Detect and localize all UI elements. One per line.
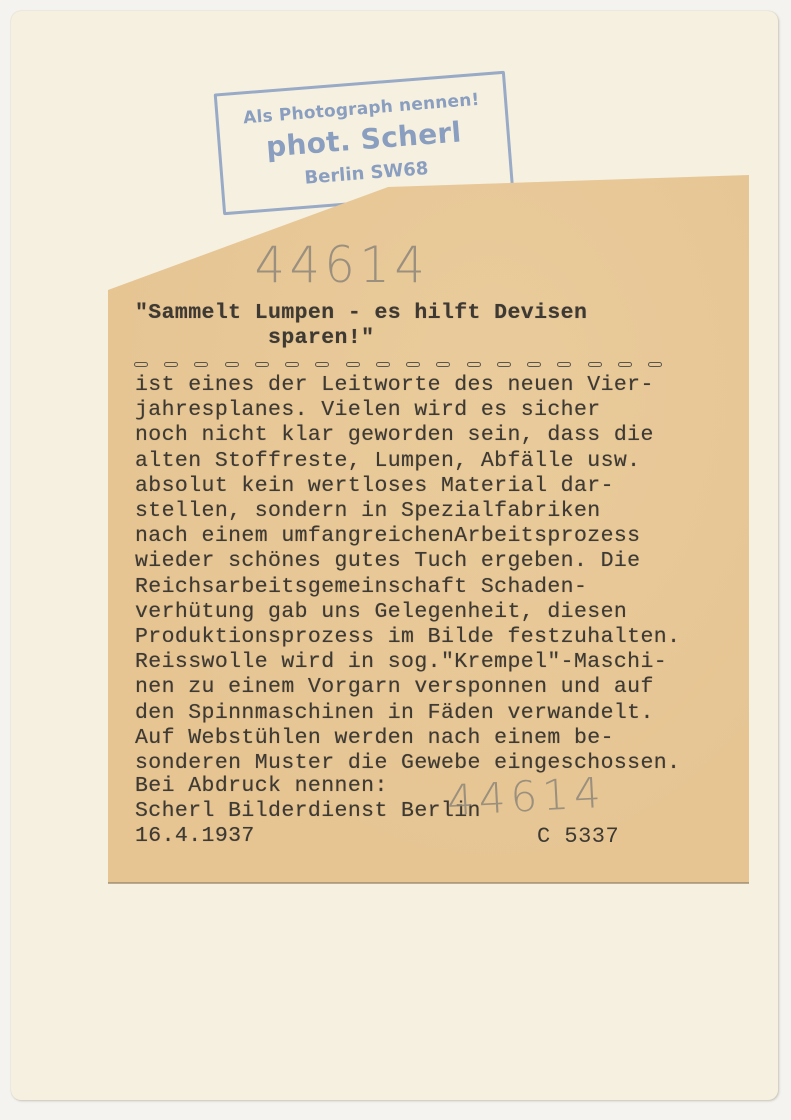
body-line: Reisswolle wird in sog."Krempel"-Maschi-	[135, 650, 680, 675]
body-line: den Spinnmaschinen in Fäden verwandelt.	[135, 701, 680, 726]
body-line: jahresplanes. Vielen wird es sicher	[135, 398, 680, 423]
caption-date: 16.4.1937	[135, 824, 481, 849]
caption-headline: "Sammelt Lumpen - es hilft Devisen spare…	[135, 301, 587, 351]
clipping-bottom-edge	[108, 882, 749, 884]
body-line: noch nicht klar geworden sein, dass die	[135, 423, 680, 448]
archive-code: C 5337	[537, 824, 619, 849]
body-line: nen zu einem Vorgarn versponnen und auf	[135, 675, 680, 700]
credit-instruction: Bei Abdruck nennen:	[135, 774, 481, 799]
body-line: Reichsarbeitsgemeinschaft Schaden-	[135, 575, 680, 600]
caption-body: ist eines der Leitworte des neuen Vier-j…	[135, 373, 680, 776]
pencil-archive-number-bottom: 44614	[446, 768, 607, 825]
body-line: absolut kein wertloses Material dar-	[135, 474, 680, 499]
body-line: Produktionsprozess im Bilde festzuhalten…	[135, 625, 680, 650]
caption-footer: Bei Abdruck nennen:Scherl Bilderdienst B…	[135, 774, 481, 849]
body-line: verhütung gab uns Gelegenheit, diesen	[135, 600, 680, 625]
body-line: Auf Webstühlen werden nach einem be-	[135, 726, 680, 751]
body-line: nach einem umfangreichenArbeitsprozess	[135, 524, 680, 549]
pencil-archive-number-top: 44614	[255, 236, 430, 294]
body-line: stellen, sondern in Spezialfabriken	[135, 499, 680, 524]
headline-divider	[134, 362, 662, 368]
credit-agency: Scherl Bilderdienst Berlin	[135, 799, 481, 824]
body-line: wieder schönes gutes Tuch ergeben. Die	[135, 549, 680, 574]
body-line: ist eines der Leitworte des neuen Vier-	[135, 373, 680, 398]
body-line: alten Stoffreste, Lumpen, Abfälle usw.	[135, 449, 680, 474]
